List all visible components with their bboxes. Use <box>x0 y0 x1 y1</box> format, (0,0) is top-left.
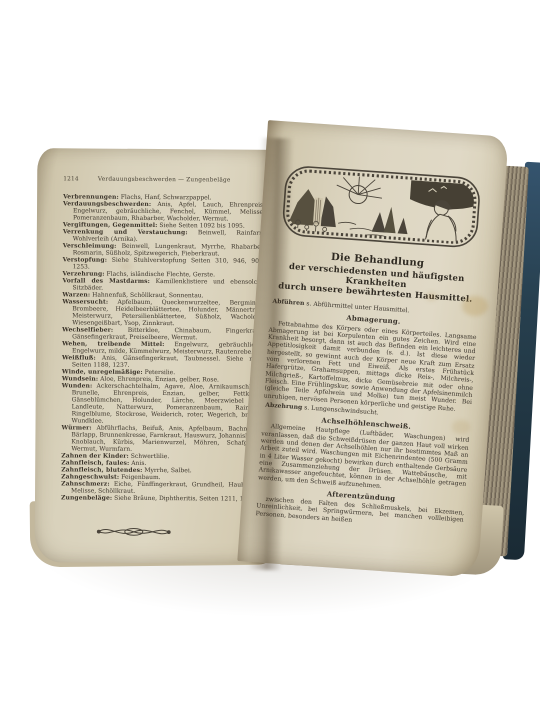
section-text: s. Abführmittel unter Hausmittel. <box>306 300 410 314</box>
section-term: Abzehrung <box>265 401 302 411</box>
index-entry: Zahnschmerz: Eiche, Fünffingerkraut, Gru… <box>61 480 263 495</box>
index-entry-text: Siehe Bräune, Diphtheritis, Seiten 1211,… <box>114 495 257 503</box>
text-section: Allgemeine Hautpflege (Luftbäder, Waschu… <box>258 423 470 496</box>
chapter-title: Die Behandlung der verschiedensten und h… <box>271 248 481 304</box>
section-list: Abführen s. Abführmittel unter Hausmitte… <box>255 298 478 532</box>
index-entry: Weißfluß: Anis, Gänsefingerkraut, Taubne… <box>62 354 264 369</box>
right-page-content: Die Behandlung der verschiedensten und h… <box>255 161 487 532</box>
tailpiece-ornament-icon <box>95 524 173 540</box>
index-entry: Verrenkung und Verstauchung: Beinwell, R… <box>63 228 265 243</box>
index-entry: Wassersucht: Apfelbaum, Queckenwurzeltee… <box>62 298 264 327</box>
index-entry: Würmer: Abführflachs, Beifuß, Anis, Apfe… <box>61 424 263 453</box>
book-photo: 1214 Verdauungsbeschwerden — Zungenbeläg… <box>0 0 540 720</box>
index-entry-text: Abführflachs, Beifuß, Anis, Apfelbaum, B… <box>71 425 263 453</box>
index-entry-list: Verbrennungen: Flachs, Hanf, Schwarzpapp… <box>61 193 265 502</box>
index-entry-text: Ackerschachtelhalm, Agave, Aloe, Arnikau… <box>72 383 264 425</box>
index-entry: Verstopfung: Siehe Stuhlverstopfung Seit… <box>63 256 265 271</box>
index-entry-term: Zungenbeläge: <box>61 494 112 501</box>
running-head-title: Verdauungsbeschwerden — Zungenbeläge <box>63 176 265 183</box>
index-entry: Wechselfieber: Bitterklee, Chinabaum, Fi… <box>62 326 264 341</box>
text-section: Fettabnahme des Körpers oder eines Körpe… <box>264 319 477 414</box>
section-text: Allgemeine Hautpflege (Luftbäder, Waschu… <box>258 423 470 489</box>
section-term: Abführen <box>272 298 304 307</box>
right-page: Die Behandlung der verschiedensten und h… <box>237 120 508 578</box>
running-header: 1214 Verdauungsbeschwerden — Zungenbeläg… <box>63 176 265 187</box>
headpiece-illustration-icon <box>279 161 484 253</box>
index-entry-text: Anis, Gänsefingerkraut, Taubnessel. Sieh… <box>72 355 264 369</box>
index-entry: Verdauungsbeschwerden: Anis, Apfel, Lauc… <box>63 200 265 222</box>
index-entry: Wehen, treibende Mittel: Engelwurz, gebr… <box>62 340 264 355</box>
left-page-content: 1214 Verdauungsbeschwerden — Zungenbeläg… <box>61 176 266 543</box>
section-text: Fettabnahme des Körpers oder eines Körpe… <box>264 320 477 413</box>
index-entry: Vorfall des Mastdarms: Kamillenklistiere… <box>62 277 264 292</box>
left-page: 1214 Verdauungsbeschwerden — Zungenbeläg… <box>35 148 274 564</box>
index-entry: Verschleimung: Beinwell, Lungenkraut, My… <box>63 242 265 257</box>
index-entry: Wunden: Ackerschachtelhalm, Agave, Aloe,… <box>62 382 264 425</box>
index-entry: Zungenbeläge: Siehe Bräune, Diphtheritis… <box>61 494 263 502</box>
